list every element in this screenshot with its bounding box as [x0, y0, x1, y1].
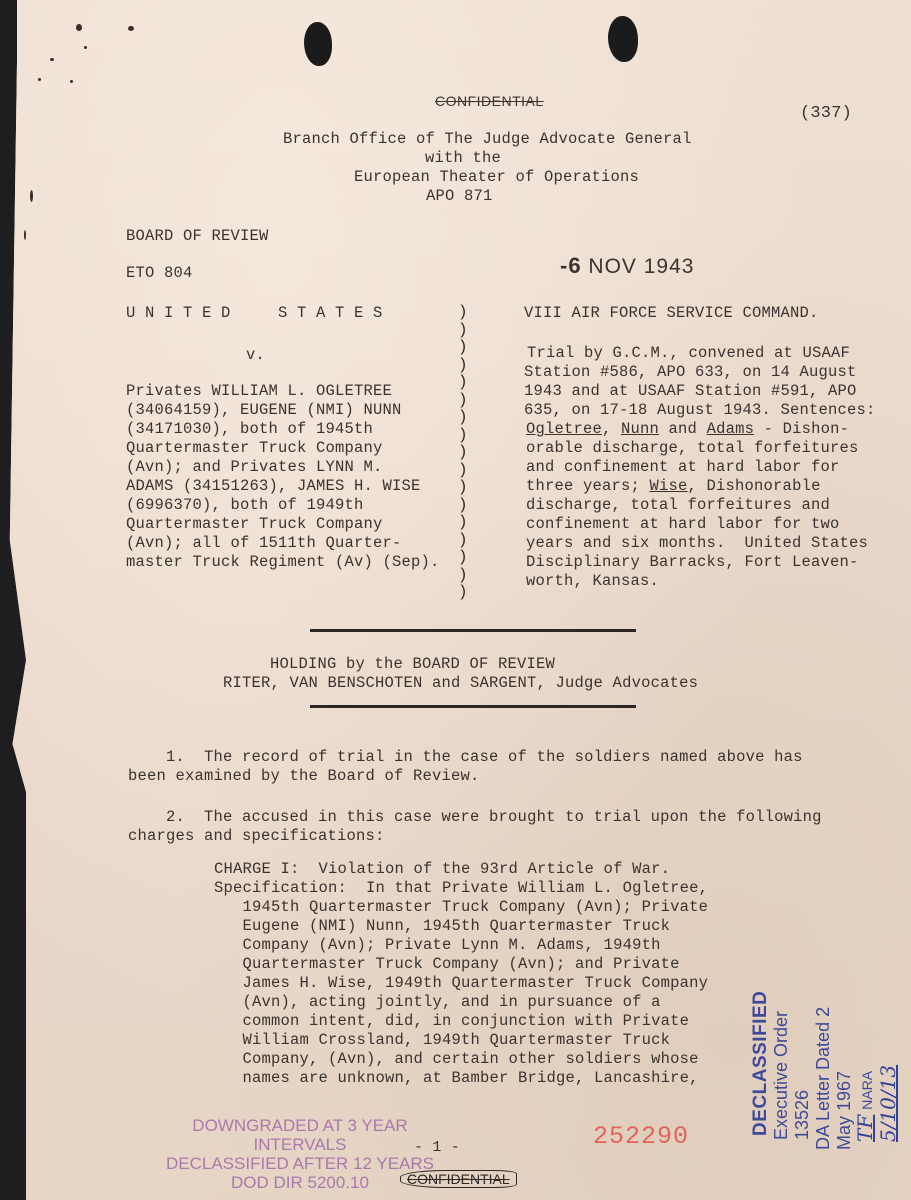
name-ogletree: Ogletree: [526, 420, 602, 438]
speck: [76, 24, 82, 31]
downgrade-line-1: DOWNGRADED AT 3 YEAR INTERVALS: [150, 1116, 450, 1154]
page-number: - 1 -: [414, 1138, 460, 1158]
specification-line: Company, (Avn), and certain other soldie…: [214, 1050, 699, 1070]
defendant-line: (Avn); all of 1511th Quarter-: [126, 534, 402, 554]
holding-title: HOLDING by the BOARD OF REVIEW: [270, 655, 555, 675]
name-adams: Adams: [707, 420, 755, 438]
trial-line: 1943 and at USAAF Station #591, APO: [524, 382, 857, 402]
specification-line: Company (Avn); Private Lynn M. Adams, 19…: [214, 936, 661, 956]
trial-line-names: Ogletree, Nunn and Adams - Dishon-: [526, 420, 849, 440]
defendant-line: (34064159), EUGENE (NMI) NUNN: [126, 401, 402, 421]
divider-bottom: [310, 705, 636, 708]
defendant-line: Privates WILLIAM L. OGLETREE: [126, 382, 392, 402]
declassified-signoff: TF NARA 5/10/13: [855, 989, 900, 1150]
specification-line: Quartermaster Truck Company (Avn); and P…: [214, 955, 680, 975]
speck: [70, 80, 73, 83]
sentence-text: - Dishon-: [754, 420, 849, 438]
separator: ,: [602, 420, 621, 438]
office-line-2: with the: [425, 149, 501, 169]
defendant-line: Quartermaster Truck Company: [126, 439, 383, 459]
trial-line: 635, on 17-18 August 1943. Sentences:: [524, 401, 876, 421]
paragraph-1-line-2: been examined by the Board of Review.: [128, 767, 480, 787]
trial-line: orable discharge, total forfeitures: [526, 439, 859, 459]
defendant-line: master Truck Regiment (Av) (Sep).: [126, 553, 440, 573]
speck: [84, 46, 87, 49]
classification-bottom: CONFIDENTIAL: [400, 1170, 517, 1188]
specification-line: names are unknown, at Bamber Bridge, Lan…: [214, 1069, 699, 1089]
defendant-line: Quartermaster Truck Company: [126, 515, 383, 535]
trial-line: Station #586, APO 633, on 14 August: [524, 363, 857, 383]
speck: [24, 230, 26, 240]
trial-line: worth, Kansas.: [526, 572, 659, 592]
trial-line: and confinement at hard labor for: [526, 458, 840, 478]
trial-line: Trial by G.C.M., convened at USAAF: [527, 344, 850, 364]
trial-line: years and six months. United States: [526, 534, 868, 554]
case-brace: ))))))))))))))))): [458, 304, 468, 602]
name-nunn: Nunn: [621, 420, 659, 438]
classification-top: CONFIDENTIAL: [435, 92, 544, 112]
paragraph-2-line-1: 2. The accused in this case were brought…: [128, 808, 822, 828]
defendant-line: (6996370), both of 1949th: [126, 496, 364, 516]
punch-hole-right: [608, 16, 638, 62]
specification-line: William Crossland, 1949th Quartermaster …: [214, 1031, 670, 1051]
specification-line: Eugene (NMI) Nunn, 1945th Quartermaster …: [214, 917, 670, 937]
holding-judges: RITER, VAN BENSCHOTEN and SARGENT, Judge…: [223, 674, 698, 694]
sentence-text: , Dishonorable: [688, 477, 821, 495]
trial-line-wise: three years; Wise, Dishonorable: [526, 477, 821, 497]
trial-line: discharge, total forfeitures and: [526, 496, 830, 516]
separator: and: [659, 420, 707, 438]
date-stamp-month-year: NOV 1943: [588, 255, 694, 278]
speck: [128, 26, 134, 31]
specification-line: James H. Wise, 1949th Quartermaster Truc…: [214, 974, 708, 994]
declassified-order: Executive Order 13526: [771, 989, 813, 1150]
serial-number-stamp: 252290: [593, 1122, 689, 1151]
defendant-line: (34171030), both of 1945th: [126, 420, 373, 440]
board-label: BOARD OF REVIEW: [126, 227, 269, 247]
command-name: VIII AIR FORCE SERVICE COMMAND.: [524, 304, 819, 324]
declassified-letter: DA Letter Dated 2 May 1967: [813, 989, 855, 1150]
trial-line: confinement at hard labor for two: [526, 515, 840, 535]
speck: [38, 78, 41, 81]
paragraph-1-line-1: 1. The record of trial in the case of th…: [128, 748, 803, 768]
office-line-1: Branch Office of The Judge Advocate Gene…: [283, 130, 692, 150]
date-stamp-day: -6: [560, 253, 582, 278]
specification-line: (Avn), acting jointly, and in pursuance …: [214, 993, 661, 1013]
specification-line: 1945th Quartermaster Truck Company (Avn)…: [214, 898, 708, 918]
sentence-text: three years;: [526, 477, 650, 495]
versus: v.: [246, 346, 265, 366]
charge-heading: CHARGE I: Violation of the 93rd Article …: [214, 860, 670, 880]
defendant-line: (Avn); and Privates LYNN M.: [126, 458, 383, 478]
declassified-title: DECLASSIFIED: [750, 989, 771, 1150]
declassified-stamp: DECLASSIFIED Executive Order 13526 DA Le…: [750, 989, 900, 1150]
office-line-4: APO 871: [426, 187, 493, 207]
trial-line: Disciplinary Barracks, Fort Leaven-: [526, 553, 859, 573]
specification-line: Specification: In that Private William L…: [214, 879, 708, 899]
plaintiff: U N I T E D S T A T E S: [126, 304, 383, 324]
divider-top: [310, 629, 636, 632]
downgrade-line-2: DECLASSIFIED AFTER 12 YEARS: [150, 1154, 450, 1173]
case-number: ETO 804: [126, 264, 193, 284]
paragraph-2-line-2: charges and specifications:: [128, 827, 385, 847]
speck: [30, 190, 33, 202]
declassified-agency: NARA: [859, 1071, 875, 1110]
defendant-line: ADAMS (34151263), JAMES H. WISE: [126, 477, 421, 497]
page-reference: (337): [800, 104, 852, 124]
declassified-date: 5/10/13: [876, 1065, 900, 1142]
date-stamp: -6 NOV 1943: [560, 253, 694, 279]
name-wise: Wise: [650, 477, 688, 495]
office-line-3: European Theater of Operations: [354, 168, 639, 188]
specification-line: common intent, did, in conjunction with …: [214, 1012, 689, 1032]
declassified-initials: TF: [853, 1115, 877, 1142]
punch-hole-left: [304, 22, 332, 66]
speck: [50, 58, 54, 61]
